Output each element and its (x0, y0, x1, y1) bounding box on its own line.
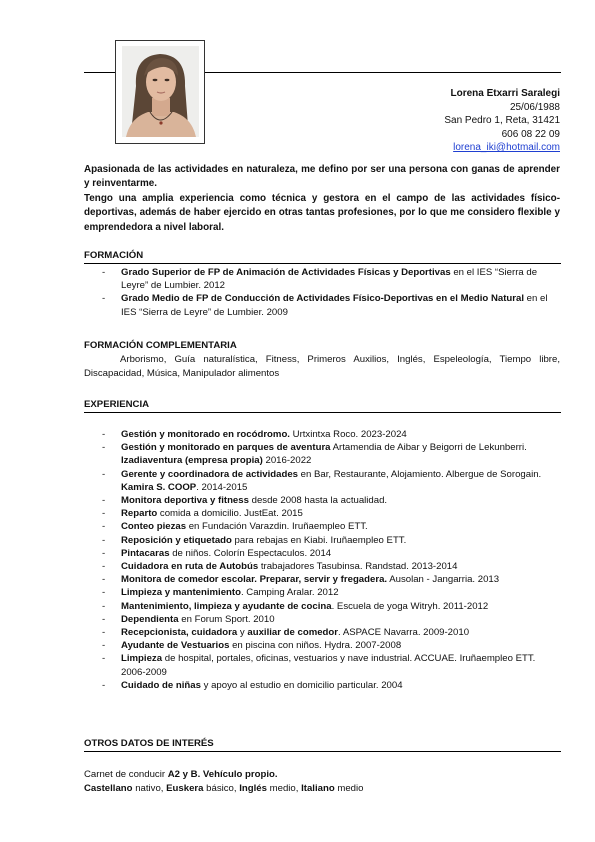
phone: 606 08 22 09 (444, 128, 560, 142)
experiencia-item: Gestión y monitorado en rocódromo. Urtxi… (84, 428, 561, 441)
otros-line: Carnet de conducir A2 y B. Vehículo prop… (84, 768, 560, 782)
experiencia-item: Mantenimiento, limpieza y ayudante de co… (84, 600, 561, 613)
formacion-item: Grado Superior de FP de Animación de Act… (84, 266, 561, 292)
experiencia-item: Conteo piezas en Fundación Varazdin. Iru… (84, 520, 561, 533)
bold-text: Izadiaventura (empresa propia) (121, 455, 263, 466)
bold-text: Gestión y monitorado en parques de avent… (121, 442, 331, 453)
otros-datos: Carnet de conducir A2 y B. Vehículo prop… (84, 768, 560, 795)
bold-text: Cuidado de niñas (121, 680, 201, 691)
summary: Apasionada de las actividades en natural… (84, 163, 560, 235)
summary-paragraph-2: Tengo una amplia experiencia como técnic… (84, 192, 560, 235)
experiencia-item: Gestión y monitorado en parques de avent… (84, 441, 561, 467)
experiencia-item: Monitora de comedor escolar. Preparar, s… (84, 573, 561, 586)
bold-text: Kamira S. COOP (121, 482, 196, 493)
bold-text: Ayudante de Vestuarios (121, 640, 229, 651)
photo-frame (115, 40, 205, 144)
experiencia-item: Reposición y etiquetado para rebajas en … (84, 534, 561, 547)
bold-text: Pintacaras (121, 548, 170, 559)
email-link[interactable]: lorena_iki@hotmail.com (453, 142, 560, 153)
experiencia-item: Gerente y coordinadora de actividades en… (84, 468, 561, 494)
bold-text: Recepcionista, cuidadora (121, 627, 237, 638)
experiencia-item: Limpieza y mantenimiento. Camping Aralar… (84, 586, 561, 599)
bold-text: Reposición y etiquetado (121, 535, 232, 546)
experiencia-item: Cuidado de niñas y apoyo al estudio en d… (84, 679, 561, 692)
bold-text: Cuidadora en ruta de Autobús (121, 561, 258, 572)
section-title-experiencia: EXPERIENCIA (84, 399, 561, 413)
experiencia-item: Reparto comida a domicilio. JustEat. 201… (84, 507, 561, 520)
experiencia-item: Dependienta en Forum Sport. 2010 (84, 613, 561, 626)
experiencia-item: Limpieza de hospital, portales, oficinas… (84, 652, 561, 678)
bold-text: Conteo piezas (121, 521, 186, 532)
bold-text: auxiliar de comedor (247, 627, 338, 638)
bold-text: Grado Superior de FP de Animación de Act… (121, 267, 451, 278)
section-title-otros: OTROS DATOS DE INTERÉS (84, 738, 561, 752)
otros-line: Castellano nativo, Euskera básico, Inglé… (84, 782, 560, 796)
section-title-formacion-complementaria: FORMACIÓN COMPLEMENTARIA (84, 340, 561, 353)
section-title-formacion: FORMACIÓN (84, 250, 561, 264)
experiencia-item: Recepcionista, cuidadora y auxiliar de c… (84, 626, 561, 639)
bold-text: Gestión y monitorado en rocódromo. (121, 429, 290, 440)
bold-text: A2 y B. Vehículo propio. (168, 769, 278, 780)
experiencia-item: Monitora deportiva y fitness desde 2008 … (84, 494, 561, 507)
bold-text: Limpieza (121, 653, 162, 664)
formacion-list: Grado Superior de FP de Animación de Act… (84, 266, 561, 319)
bold-text: Reparto (121, 508, 157, 519)
experiencia-item: Ayudante de Vestuarios en piscina con ni… (84, 639, 561, 652)
cv-page: Lorena Etxarri Saralegi 25/06/1988 San P… (0, 0, 595, 842)
bold-text: Limpieza y mantenimiento (121, 587, 241, 598)
birthdate: 25/06/1988 (444, 101, 560, 115)
bold-text: Euskera (166, 783, 203, 794)
contact-block: Lorena Etxarri Saralegi 25/06/1988 San P… (444, 87, 560, 155)
profile-photo (122, 46, 199, 137)
bold-text: Mantenimiento, limpieza y ayudante de co… (121, 601, 332, 612)
bold-text: Monitora de comedor escolar. Preparar, s… (121, 574, 387, 585)
formacion-complementaria-text: Arborismo, Guía naturalística, Fitness, … (84, 353, 560, 381)
summary-paragraph-1: Apasionada de las actividades en natural… (84, 163, 560, 192)
formacion-item: Grado Medio de FP de Conducción de Activ… (84, 292, 561, 318)
bold-text: Italiano (301, 783, 335, 794)
candidate-name: Lorena Etxarri Saralegi (444, 87, 560, 101)
experiencia-item: Cuidadora en ruta de Autobús trabajadore… (84, 560, 561, 573)
bold-text: Grado Medio de FP de Conducción de Activ… (121, 293, 524, 304)
bold-text: Dependienta (121, 614, 179, 625)
address: San Pedro 1, Reta, 31421 (444, 114, 560, 128)
bold-text: Monitora deportiva y fitness (121, 495, 249, 506)
bold-text: Castellano (84, 783, 133, 794)
experiencia-item: Pintacaras de niños. Colorín Espectaculo… (84, 547, 561, 560)
bold-text: Inglés (239, 783, 267, 794)
experiencia-list: Gestión y monitorado en rocódromo. Urtxi… (84, 428, 561, 692)
bold-text: Gerente y coordinadora de actividades (121, 469, 298, 480)
